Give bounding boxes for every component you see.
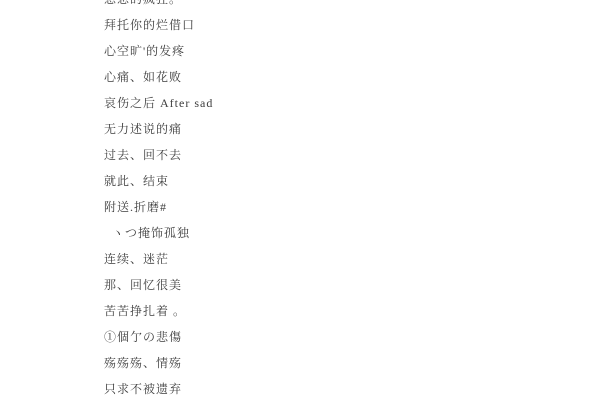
text-line: 拜托你的烂借口 (104, 18, 524, 44)
text-line: 那、回忆很美 (104, 278, 524, 304)
text-line: ヽつ掩饰孤独 (104, 226, 524, 252)
text-line: 只求不被遗弃 (104, 382, 524, 400)
text-line: 过去、回不去 (104, 148, 524, 174)
text-line: 苦苦挣扎着 。 (104, 304, 524, 330)
text-line: 连续、迷茫 (104, 252, 524, 278)
text-line: 心痛、如花败 (104, 70, 524, 96)
text-line: 无力述说的痛 (104, 122, 524, 148)
text-line-clipped: 想念的疯狂。 (104, 0, 524, 18)
text-line: 就此、结束 (104, 174, 524, 200)
phrase-list: 想念的疯狂。拜托你的烂借口心空旷'的发疼心痛、如花败哀伤之后 After sad… (104, 0, 524, 400)
text-line: 心空旷'的发疼 (104, 44, 524, 70)
text-line: ①個亇の悲傷 (104, 330, 524, 356)
text-line: 殇殇殇、情殇 (104, 356, 524, 382)
document-page: 想念的疯狂。拜托你的烂借口心空旷'的发疼心痛、如花败哀伤之后 After sad… (0, 0, 600, 400)
text-line: 附送.折磨# (104, 200, 524, 226)
text-line: 哀伤之后 After sad (104, 96, 524, 122)
